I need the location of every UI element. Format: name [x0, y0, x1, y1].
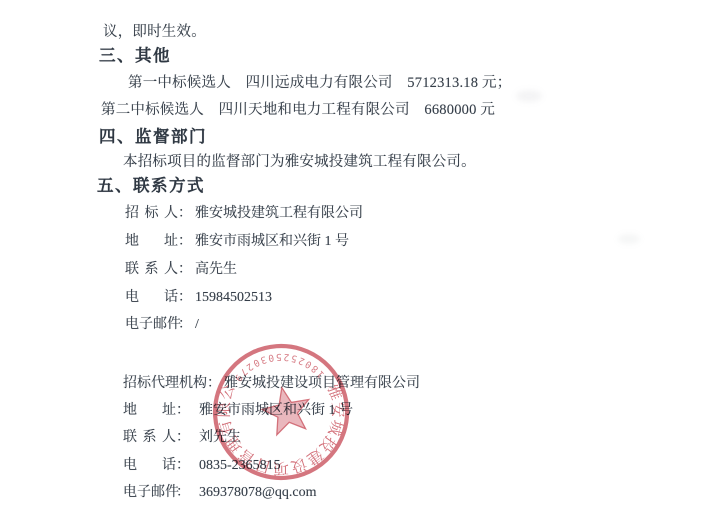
field-value: 雅安市雨城区和兴街 1 号 — [195, 234, 349, 249]
field-label: 地址 — [123, 399, 176, 419]
label-colon: ： — [178, 317, 192, 332]
first-candidate-line: 第一中标候选人 四川远成电力有限公司 5712313.18 元； — [128, 71, 511, 92]
section-heading-other: 三、其他 — [99, 42, 171, 66]
tenderer-email-row: 电子邮件：/ — [125, 313, 199, 333]
field-value: 369378078@qq.com — [199, 485, 317, 500]
field-label: 电子邮件 — [123, 481, 176, 501]
field-value: 雅安城投建筑工程有限公司 — [195, 206, 363, 221]
label-colon: ： — [178, 206, 192, 221]
field-label: 联系人 — [123, 426, 176, 446]
second-candidate-line: 第二中标候选人 四川天地和电力工程有限公司 6680000 元 — [101, 98, 495, 119]
tenderer-phone-row: 电话：15984502513 — [125, 286, 272, 306]
field-label: 地址 — [125, 230, 178, 250]
section-heading-contact: 五、联系方式 — [97, 172, 205, 196]
document-page: 议，即时生效。 三、其他 第一中标候选人 四川远成电力有限公司 5712313.… — [0, 0, 707, 505]
label-colon: ： — [176, 403, 190, 418]
scan-smudge — [618, 234, 640, 244]
label-colon: ： — [178, 234, 192, 249]
tenderer-person-row: 联系人：高先生 — [125, 258, 237, 278]
field-label: 招标代理机构 — [123, 372, 207, 392]
section-heading-supervision: 四、监督部门 — [99, 123, 207, 147]
label-colon: ： — [176, 485, 190, 500]
field-label: 联系人 — [125, 258, 178, 278]
field-label: 电话 — [123, 454, 176, 474]
field-label: 招标人 — [125, 202, 178, 222]
field-label: 电子邮件 — [125, 313, 178, 333]
tenderer-address-row: 地址：雅安市雨城区和兴街 1 号 — [125, 230, 349, 250]
field-label: 电话 — [125, 286, 178, 306]
label-colon: ： — [176, 458, 190, 473]
star-icon — [259, 383, 315, 437]
label-colon: ： — [178, 262, 192, 277]
tenderer-name-row: 招标人：雅安城投建筑工程有限公司 — [125, 202, 363, 222]
supervision-body: 本招标项目的监督部门为雅安城投建筑工程有限公司。 — [123, 150, 476, 171]
field-value: 高先生 — [195, 262, 237, 277]
svg-text:雅安城投建设项目管理有限公司: 雅安城投建设项目管理有限公司 — [212, 372, 356, 486]
field-value: 15984502513 — [195, 290, 272, 305]
label-colon: ： — [178, 290, 192, 305]
seal-company-name: 雅安城投建设项目管理有限公司 — [212, 372, 356, 486]
label-colon: ： — [176, 430, 190, 445]
official-seal: 雅安城投建设项目管理有限公司 1802525030279 — [206, 336, 356, 486]
scan-smudge — [516, 90, 542, 102]
paragraph-continuation: 议，即时生效。 — [103, 20, 206, 41]
field-value: / — [195, 317, 199, 332]
